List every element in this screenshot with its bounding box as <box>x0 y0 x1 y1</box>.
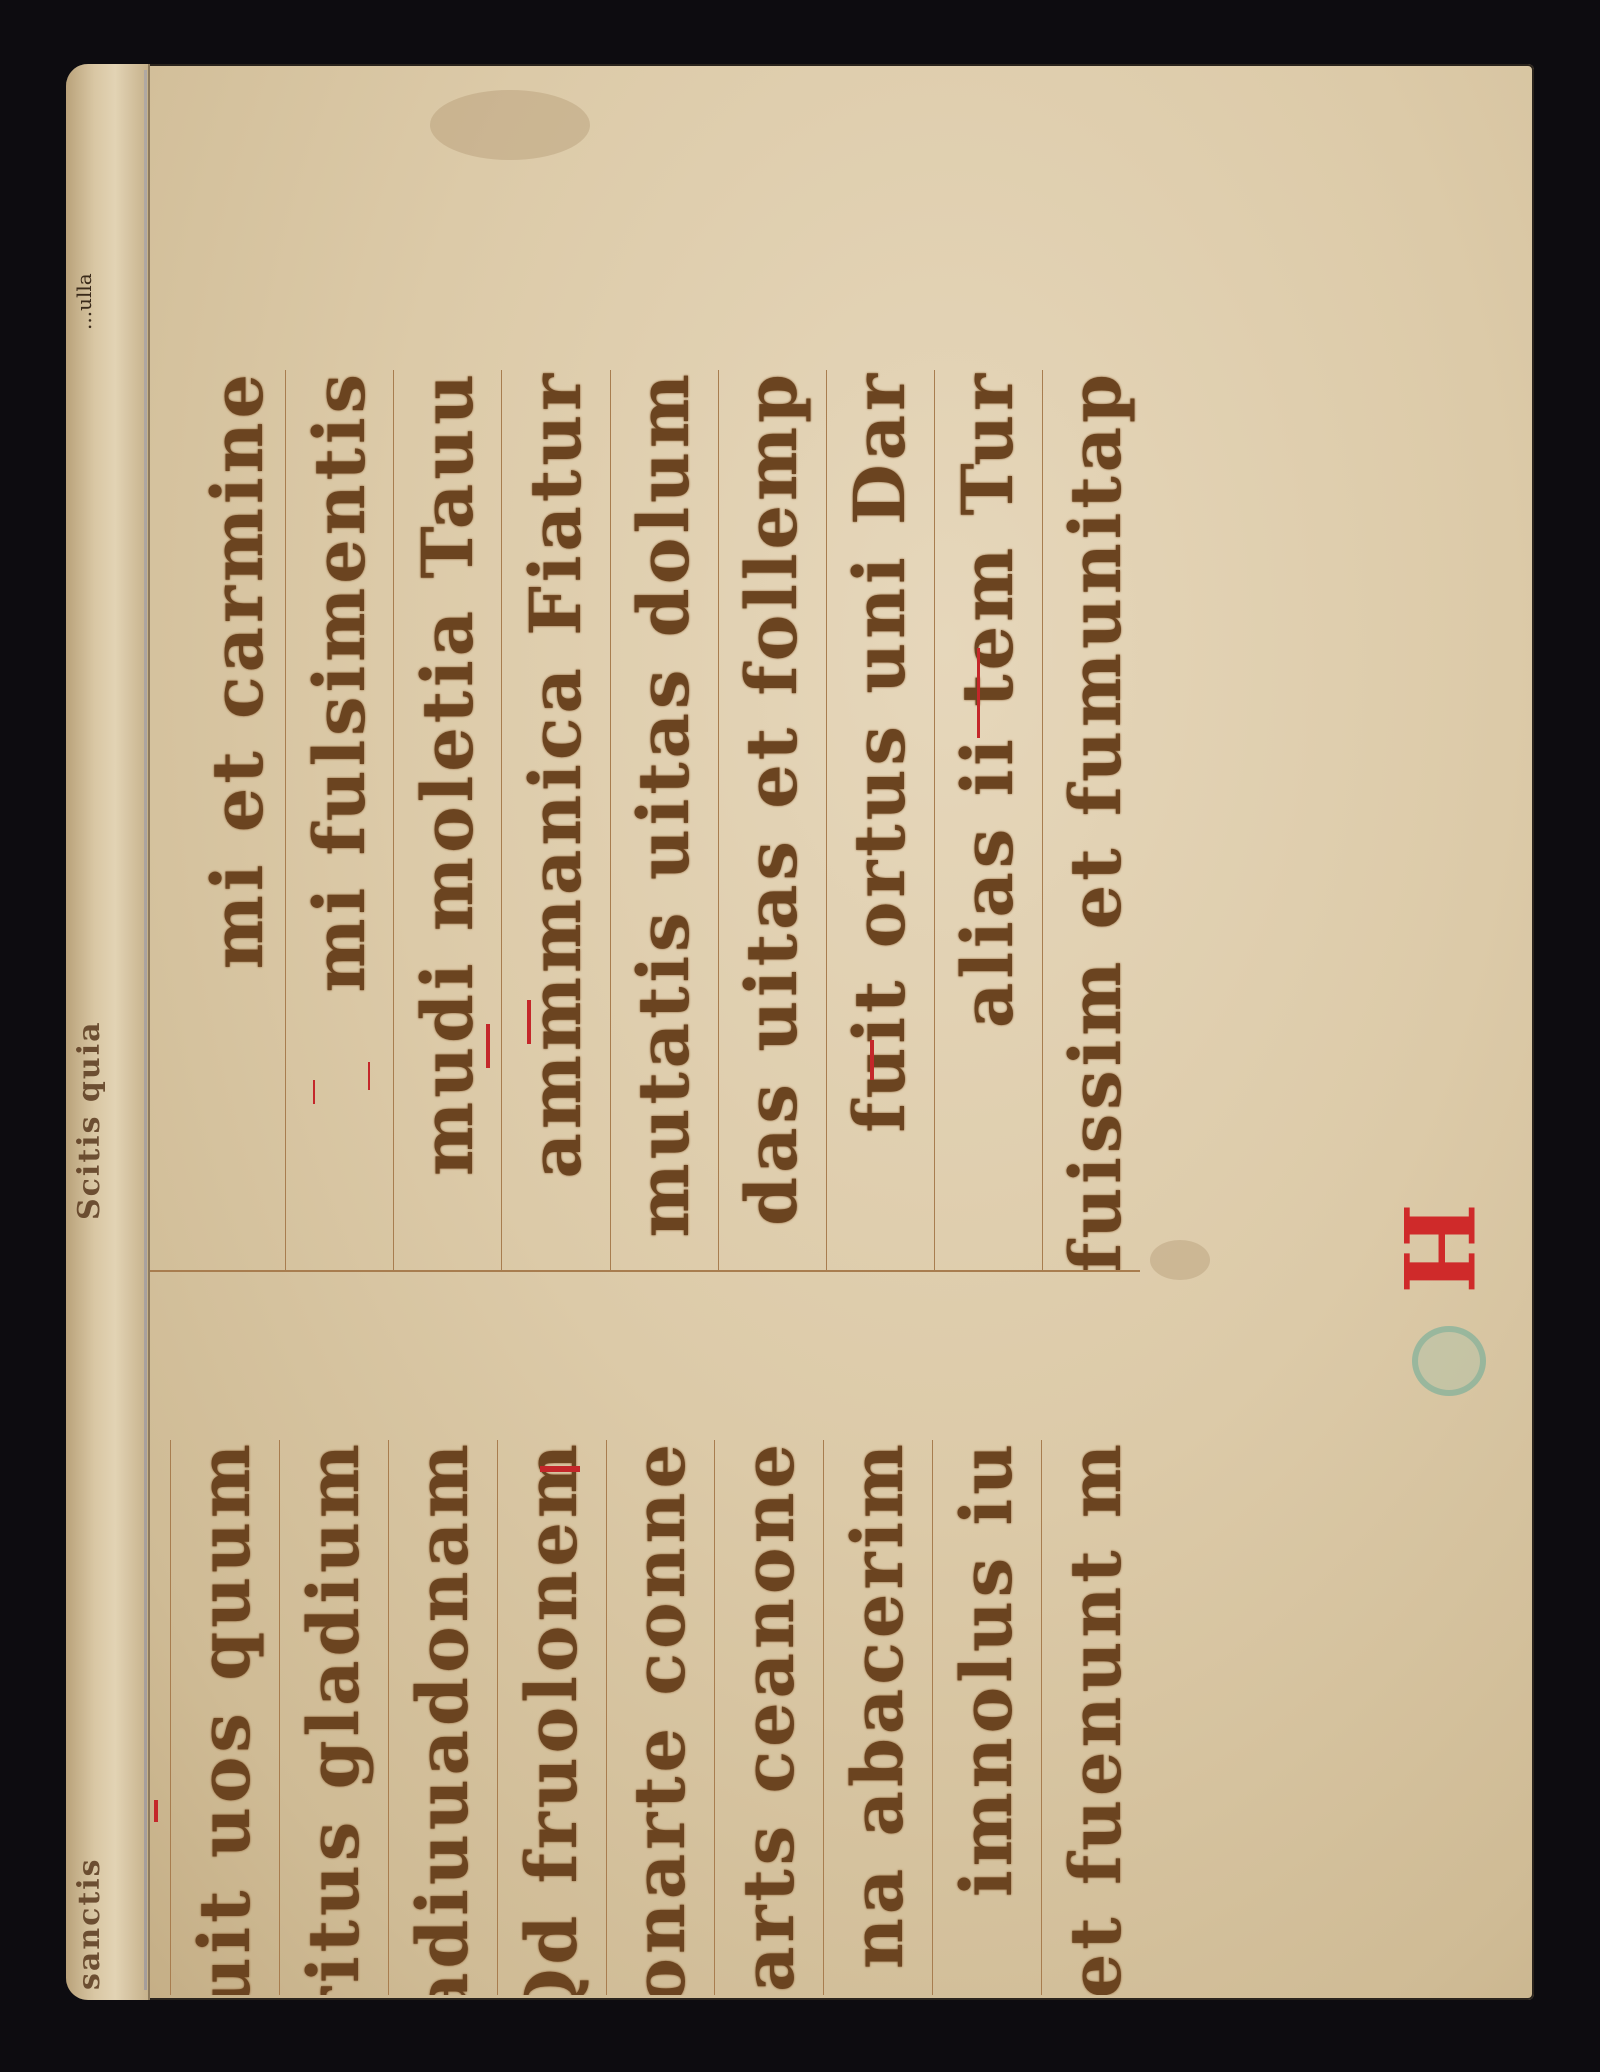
rubric-stroke <box>368 1062 370 1090</box>
lower-text-block: et fuenunt m imnolus iu na abacerim cart… <box>170 1440 1150 1995</box>
text-line: Qd fruolonem <box>497 1440 606 1995</box>
text-line: ammmanica Fiatur <box>501 370 609 1270</box>
green-stamp-mark <box>1412 1326 1486 1396</box>
rubric-stroke <box>870 1040 874 1080</box>
text-line: imnolus iu <box>932 1440 1041 1995</box>
text-line: das uitas et follemp <box>718 370 826 1270</box>
text-line: ritus gladium <box>279 1440 388 1995</box>
rubric-stroke <box>527 1000 531 1044</box>
spine-label: ...ulla <box>72 150 142 330</box>
rubric-stroke <box>486 1024 490 1068</box>
stain <box>1150 1240 1210 1280</box>
text-line: uit uos quum <box>170 1440 279 1995</box>
text-line: mutatis uitas dolum <box>610 370 718 1270</box>
text-line: et fuenunt m <box>1041 1440 1150 1995</box>
red-shelfmark-letter: H <box>1385 1203 1487 1295</box>
text-line: mudi moletia Tauu <box>393 370 501 1270</box>
text-line: mi fulsimentis <box>285 370 393 1270</box>
rubric-stroke <box>313 1080 315 1104</box>
rubric-stroke <box>540 1466 580 1472</box>
text-line: na abacerim <box>823 1440 932 1995</box>
text-line: carts ceanone <box>714 1440 823 1995</box>
text-line: mi et carmine <box>190 370 285 1270</box>
text-line: alias ii tem Tur <box>934 370 1042 1270</box>
upper-text-block: fuissim et fumunitap alias ii tem Tur fu… <box>190 370 1150 1270</box>
rubric-stroke <box>977 648 980 738</box>
spine-text-upper: Scitis quia <box>72 580 146 1220</box>
rubric-stroke <box>154 1800 158 1822</box>
text-line: fuissim et fumunitap <box>1042 370 1150 1270</box>
stain <box>430 90 590 160</box>
ruling-line <box>150 1270 1140 1272</box>
text-line: fuit ortus uni Dar <box>826 370 934 1270</box>
text-line: adiuuadonam <box>388 1440 497 1995</box>
spine-text-lower: sanctis <box>72 1430 146 1990</box>
text-line: lonarte conne <box>606 1440 715 1995</box>
